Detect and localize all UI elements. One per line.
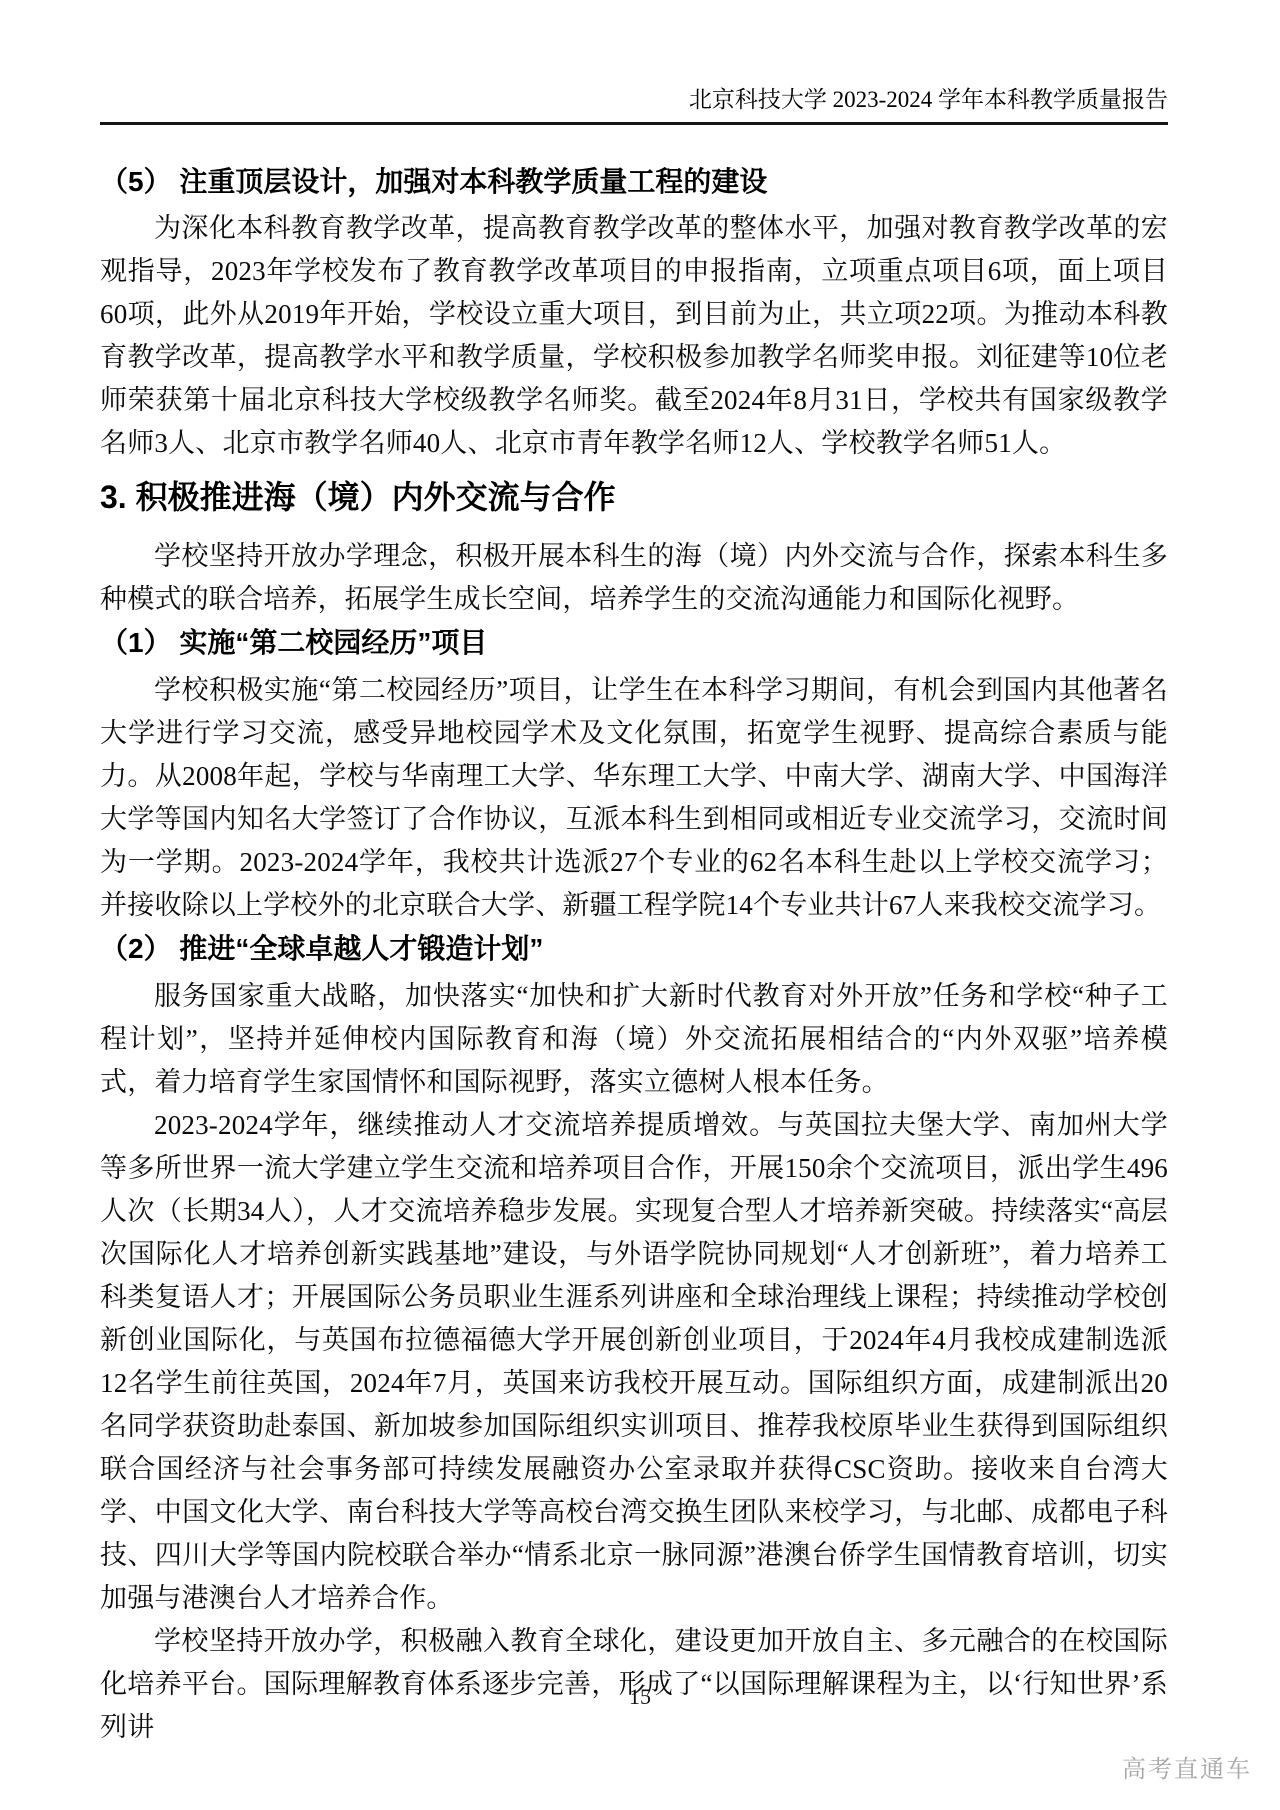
paragraph-reform: 为深化本科教育教学改革，提高教育教学改革的整体水平，加强对教育教学改革的宏观指导…	[100, 207, 1168, 465]
watermark: 高考直通车	[1122, 1749, 1252, 1784]
paragraph-talent-exchange: 2023-2024学年，继续推动人才交流培养提质增效。与英国拉夫堡大学、南加州大…	[100, 1104, 1168, 1620]
section-heading-5: （5） 注重顶层设计，加强对本科教学质量工程的建设	[100, 165, 1168, 199]
page-header-title: 北京科技大学 2023-2024 学年本科教学质量报告	[100, 86, 1168, 125]
sub-heading-1: （1） 实施“第二校园经历”项目	[100, 625, 1168, 661]
page-number: 15	[0, 1684, 1280, 1710]
paragraph-second-campus: 学校积极实施“第二校园经历”项目，让学生在本科学习期间，有机会到国内其他著名大学…	[100, 669, 1168, 927]
paragraph-strategy: 服务国家重大战略，加快落实“加快和扩大新时代教育对外开放”任务和学校“种子工程计…	[100, 975, 1168, 1104]
paragraph-opening: 学校坚持开放办学理念，积极开展本科生的海（境）内外交流与合作，探索本科生多种模式…	[100, 535, 1168, 621]
document-page: 北京科技大学 2023-2024 学年本科教学质量报告 （5） 注重顶层设计，加…	[0, 0, 1280, 1810]
chapter-heading-3: 3. 积极推进海（境）内外交流与合作	[100, 477, 1168, 517]
sub-heading-2: （2） 推进“全球卓越人才锻造计划”	[100, 931, 1168, 967]
